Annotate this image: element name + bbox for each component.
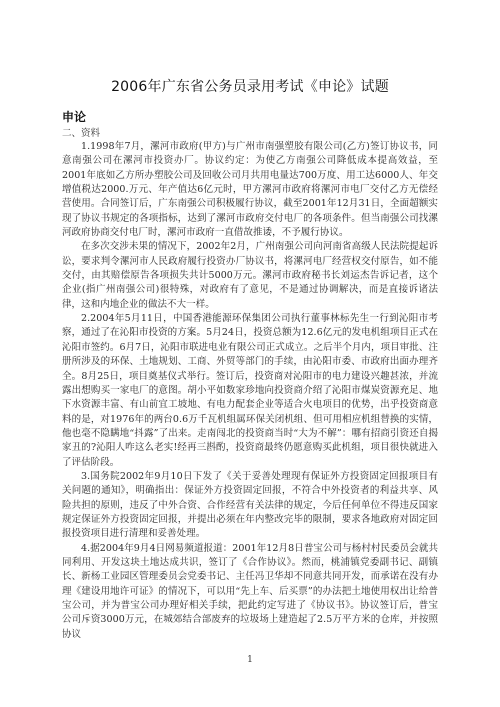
paragraph-1: 1.1998年7月，漯河市政府(甲方)与广州市南强塑胶有限公司(乙方)签订协议书… bbox=[62, 140, 438, 240]
document-body: 1.1998年7月，漯河市政府(甲方)与广州市南强塑胶有限公司(乙方)签订协议书… bbox=[62, 140, 438, 642]
paragraph-3: 2.2004年5月11日，中国香港能源环保集团公司执行董事林标先生一行到沁阳市考… bbox=[62, 312, 438, 470]
document-title: 2006年广东省公务员录用考试《申论》试题 bbox=[0, 76, 500, 96]
paragraph-4: 3.国务院2002年9月10日下发了《关于妥善处理现有保证外方投资固定回报项目有… bbox=[62, 470, 438, 542]
section-heading: 申论 bbox=[62, 108, 86, 125]
paragraph-2: 在多次交涉未果的情况下，2002年2月，广州南强公司向河南省高级人民法院提起诉讼… bbox=[62, 240, 438, 312]
paragraph-5: 4.据2004年9月4日网易频道报道：2001年12月8日普宝公司与杨村村民委员… bbox=[62, 542, 438, 642]
sub-heading: 二、资料 bbox=[62, 125, 100, 139]
document-page: 2006年广东省公务员录用考试《申论》试题 申论 二、资料 1.1998年7月，… bbox=[0, 0, 500, 707]
page-number: 1 bbox=[0, 655, 500, 665]
